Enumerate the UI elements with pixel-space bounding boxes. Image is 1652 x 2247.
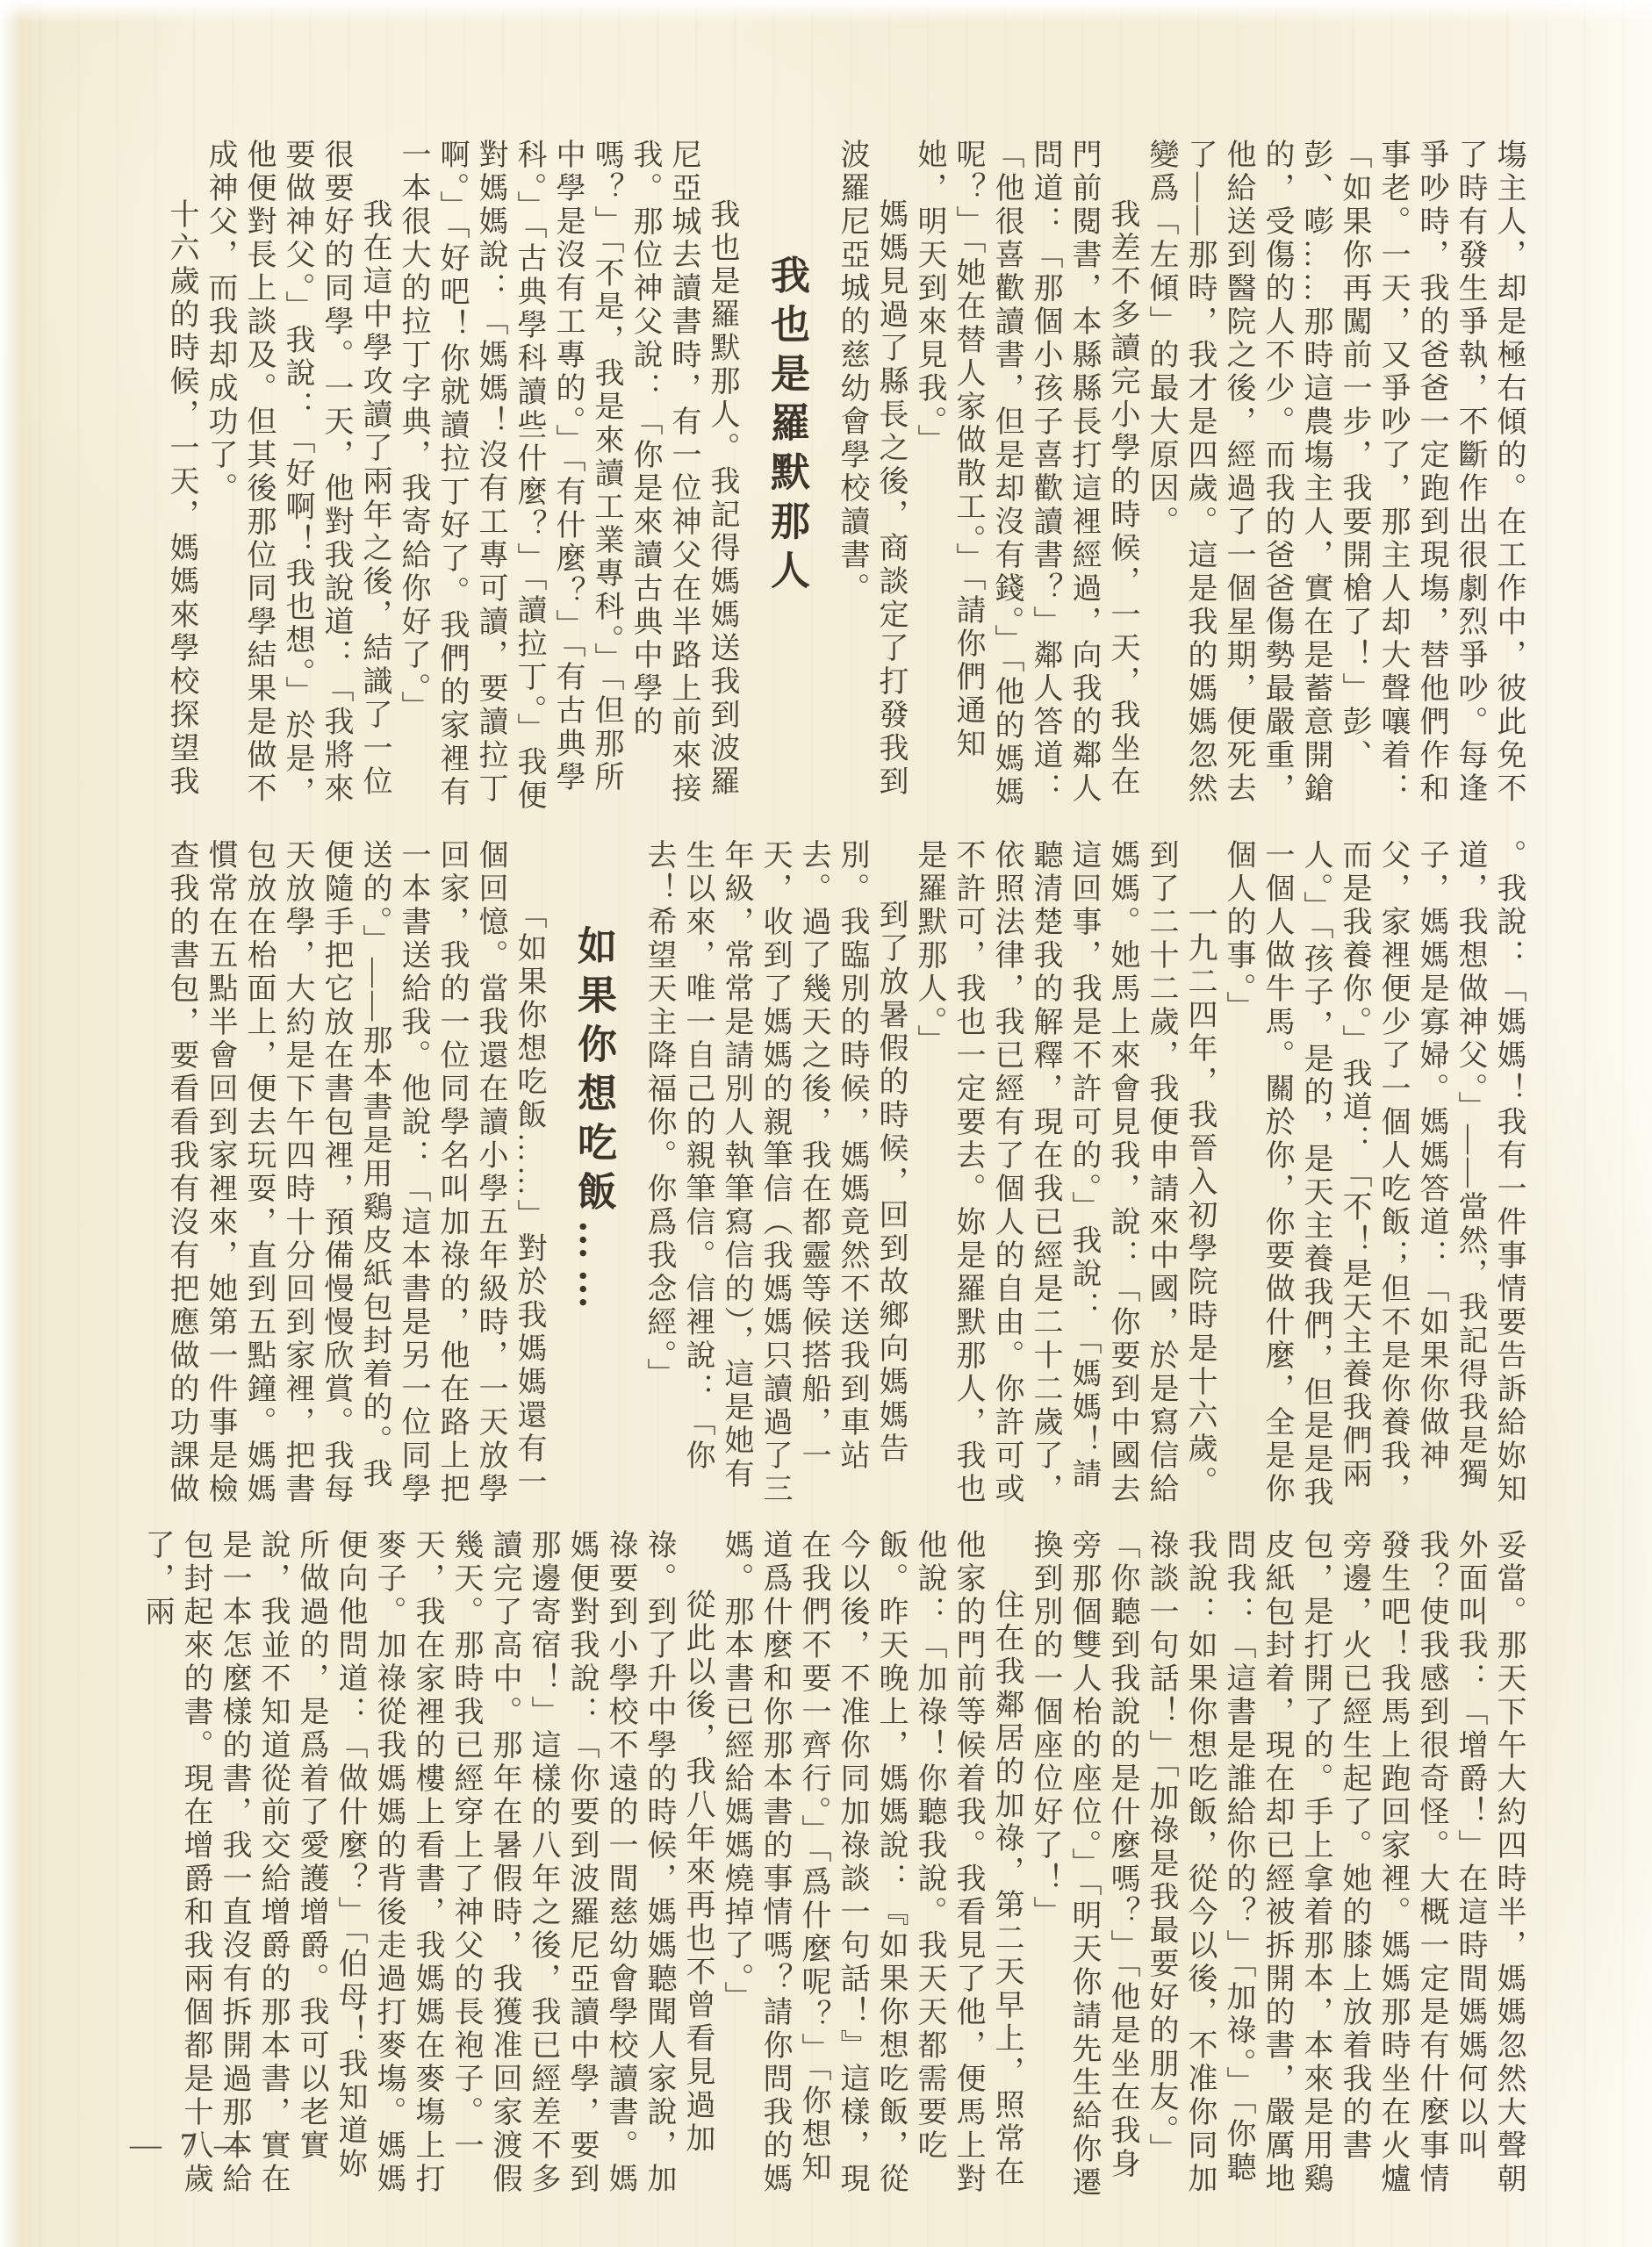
- section-heading: 如果你想吃飯……: [565, 839, 621, 1513]
- paragraph: 住在我鄰居的加祿，第二天早上，照常在他家的門前等候着我。我看見了他，便馬上對他說…: [716, 1529, 1025, 2203]
- scan-edge-left: [0, 0, 21, 2247]
- paragraph: 從此以後，我八年來再也不曾看見過加祿。到了升中學的時候，媽媽聽聞人家說，加祿要到…: [137, 1529, 716, 2203]
- text-band-bottom: 妥當。那天下午大約四時半，媽媽忽然大聲朝外面叫我：「增爵！」在這時間媽媽何以叫我…: [123, 1529, 1527, 2203]
- paragraph: 一九二四年，我晉入初學院時是十六歲。到了二十二歲，我便申請來中國，於是寫信給媽媽…: [909, 839, 1218, 1513]
- section-heading: 我也是羅默那人: [758, 139, 815, 813]
- paragraph: 到了放暑假的時候，回到故鄉向媽媽告別。我臨別的時候，媽媽竟然不送我到車站去。過了…: [639, 839, 909, 1513]
- paragraph: 十六歲的時候，一天，媽媽來學校探望我: [162, 139, 200, 813]
- paragraph: 我也是羅默那人。我記得媽媽送我到波羅尼亞城去讀書時，有一位神父在半路上前來接我。…: [393, 139, 741, 813]
- text-band-middle: 。我說：「媽媽！我有一件事情要告訴給妳知道，我想做神父。」——當然，我記得我是獨…: [123, 839, 1527, 1513]
- text-band-top: 塲主人，却是極右傾的。在工作中，彼此免不了時有發生爭執，不斷作出很劇烈爭吵。每逢…: [123, 139, 1527, 813]
- paragraph: 我差不多讀完小學的時候，一天，我坐在門前閱書，本縣縣長打這裡經過，向我的鄰人問道…: [909, 139, 1141, 813]
- paragraph: 妥當。那天下午大約四時半，媽媽忽然大聲朝外面叫我：「增爵！」在這時間媽媽何以叫我…: [1025, 1529, 1527, 2203]
- paragraph: 我在這中學攻讀了兩年之後，結識了一位很要好的同學。一天，他對我說道：「我將來要做…: [200, 139, 393, 813]
- paragraph: 媽媽見過了縣長之後，商談定了打發我到波羅尼亞城的慈幼會學校讀書。: [832, 139, 909, 813]
- scanned-page: 塲主人，却是極右傾的。在工作中，彼此免不了時有發生爭執，不斷作出很劇烈爭吵。每逢…: [0, 0, 1652, 2247]
- page-number: — 7 —: [130, 2126, 251, 2163]
- paragraph: 「如果你想吃飯……」對於我媽媽還有一個回憶。當我還在讀小學五年級時，一天放學回家…: [162, 839, 548, 1513]
- scan-edge-top: [0, 0, 1652, 23]
- paragraph: 。我說：「媽媽！我有一件事情要告訴給妳知道，我想做神父。」——當然，我記得我是獨…: [1218, 839, 1527, 1513]
- paragraph: 塲主人，却是極右傾的。在工作中，彼此免不了時有發生爭執，不斷作出很劇烈爭吵。每逢…: [1141, 139, 1527, 813]
